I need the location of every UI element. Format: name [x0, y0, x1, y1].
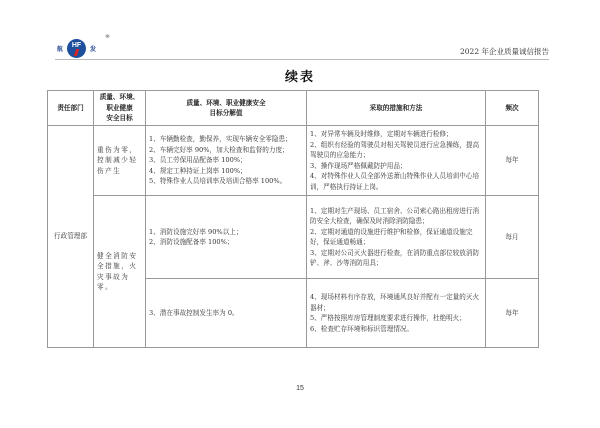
registered-mark-icon: ®	[105, 34, 110, 40]
table-row: 健全消防安全措施，火灾事故为零。 1、消防设施完好率 90%以上； 2、消防设施…	[48, 196, 539, 279]
decomposition-cell: 1、消防设施完好率 90%以上； 2、消防设施配备率 100%；	[146, 196, 307, 279]
col-header-goal: 质量、环境、 职业健康 安全目标	[94, 91, 146, 126]
frequency-cell: 每年	[486, 126, 539, 196]
goal-cell: 重伤为零，控制减少轻伤产生	[94, 126, 146, 196]
table-row: 行政管理部 重伤为零，控制减少轻伤产生 1、车辆勤检查，勤保养，实现车辆安全零隐…	[48, 126, 539, 196]
department-cell: 行政管理部	[48, 126, 94, 348]
col-header-measures: 采取的措施和方法	[307, 91, 486, 126]
logo-left-char: 航	[57, 44, 63, 53]
hf-emblem-icon: HF	[67, 39, 86, 58]
frequency-cell: 每月	[486, 196, 539, 279]
table-continuation-title: 续表	[0, 66, 600, 85]
table-header-row: 责任部门 质量、环境、 职业健康 安全目标 质量、环境、职业健康安全 目标分解值…	[48, 91, 539, 126]
measures-cell: 1、定期对生产现场、员工宿舍、公司索心路出租房进行消防安全大检查，确保及时消除消…	[307, 196, 486, 279]
report-title: 2022 年企业质量诚信报告	[460, 46, 549, 57]
logo-right-char: 发	[90, 44, 96, 53]
col-header-decomposition: 质量、环境、职业健康安全 目标分解值	[146, 91, 307, 126]
page-number: 15	[0, 385, 600, 392]
col-header-frequency: 频次	[486, 91, 539, 126]
measures-cell: 1、对异常车辆及时维修，定期对车辆进行检修； 2、组织有经验的驾驶员对相关驾驶员…	[307, 126, 486, 196]
frequency-cell: 每年	[486, 279, 539, 348]
quality-targets-table: 责任部门 质量、环境、 职业健康 安全目标 质量、环境、职业健康安全 目标分解值…	[47, 90, 539, 348]
measures-cell: 4、现场材料有序存放，环境通风良好并配有一定量的灭火器材； 5、严格按照库房管理…	[307, 279, 486, 348]
page-header: 航 HF 发 ® 2022 年企业质量诚信报告	[55, 30, 549, 60]
decomposition-cell: 1、车辆勤检查，勤保养，实现车辆安全零隐患； 2、车辆完好率 90%，加大检查和…	[146, 126, 307, 196]
company-logo: 航 HF 发 ®	[57, 38, 96, 58]
col-header-department: 责任部门	[48, 91, 94, 126]
decomposition-cell: 3、潜在事故控制发生率为 0。	[146, 279, 307, 348]
goal-cell: 健全消防安全措施，火灾事故为零。	[94, 196, 146, 348]
